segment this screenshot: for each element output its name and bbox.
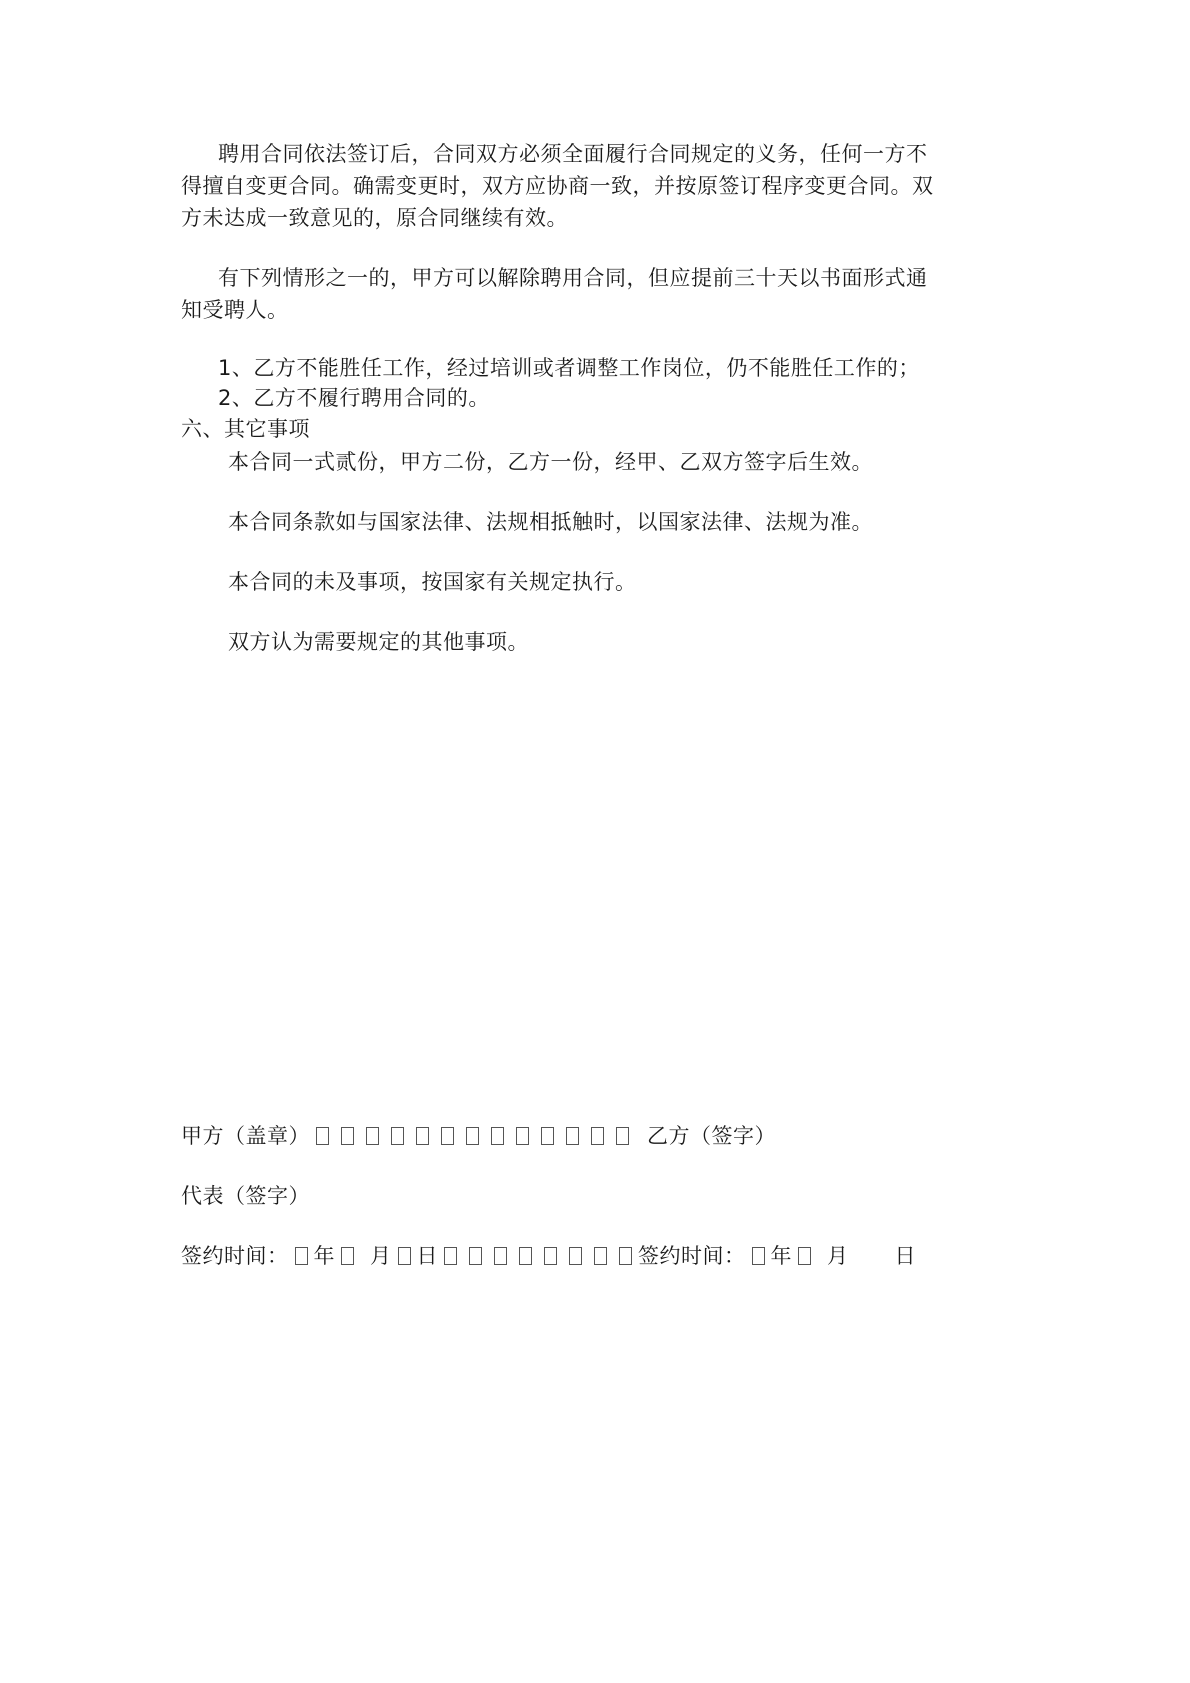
placeholder-box — [594, 1247, 607, 1265]
party-b-label: 乙方（签字） — [647, 1124, 776, 1148]
paragraph-1-line-2: 得擅自变更合同。确需变更时，双方应协商一致，并按原签订程序变更合同。双 — [181, 170, 934, 202]
sign-date-label-a: 签约时间： — [181, 1244, 289, 1268]
year-a: 年 — [314, 1244, 336, 1268]
placeholder-box — [516, 1127, 529, 1145]
placeholder-box — [619, 1247, 632, 1265]
document-page: 聘用合同依法签订后，合同双方必须全面履行合同规定的义务，任何一方不 得擅自变更合… — [0, 0, 1190, 1683]
section-heading: 六、其它事项 — [181, 413, 310, 445]
sign-date-label-b: 签约时间： — [638, 1244, 746, 1268]
month-a: 月 — [370, 1244, 392, 1268]
party-a-label: 甲方（盖章） — [181, 1124, 310, 1148]
placeholder-box — [416, 1127, 429, 1145]
day-b: 日 — [895, 1244, 917, 1268]
section-item-2: 本合同条款如与国家法律、法规相抵触时，以国家法律、法规为准。 — [228, 506, 873, 538]
placeholder-box — [541, 1127, 554, 1145]
paragraph-2-line-1: 有下列情形之一的，甲方可以解除聘用合同，但应提前三十天以书面形式通 — [218, 262, 928, 294]
month-b: 月 — [827, 1244, 849, 1268]
list-item-1: 1、乙方不能胜任工作，经过培训或者调整工作岗位，仍不能胜任工作的； — [218, 352, 920, 384]
placeholder-box — [519, 1247, 532, 1265]
placeholder-box — [295, 1247, 308, 1265]
list-item-2: 2、乙方不履行聘用合同的。 — [218, 382, 490, 414]
sign-date-line: 签约时间：年月日签约时间：年月日 — [181, 1240, 916, 1272]
placeholder-box — [466, 1127, 479, 1145]
placeholder-box — [341, 1247, 354, 1265]
day-a: 日 — [417, 1244, 439, 1268]
placeholder-box — [566, 1127, 579, 1145]
paragraph-2-line-2: 知受聘人。 — [181, 294, 289, 326]
placeholder-box — [398, 1247, 411, 1265]
placeholder-box — [616, 1127, 629, 1145]
placeholder-box — [441, 1127, 454, 1145]
placeholder-box — [494, 1247, 507, 1265]
placeholder-box — [569, 1247, 582, 1265]
signature-party-line: 甲方（盖章）乙方（签字） — [181, 1120, 776, 1152]
section-item-4: 双方认为需要规定的其他事项。 — [228, 626, 529, 658]
placeholder-box — [544, 1247, 557, 1265]
year-b: 年 — [771, 1244, 793, 1268]
placeholder-box — [469, 1247, 482, 1265]
paragraph-1-line-1: 聘用合同依法签订后，合同双方必须全面履行合同规定的义务，任何一方不 — [218, 138, 928, 170]
representative-line: 代表（签字） — [181, 1180, 310, 1212]
paragraph-1-line-3: 方未达成一致意见的，原合同继续有效。 — [181, 202, 568, 234]
placeholder-box — [752, 1247, 765, 1265]
placeholder-box — [366, 1127, 379, 1145]
placeholder-box — [491, 1127, 504, 1145]
placeholder-box — [316, 1127, 329, 1145]
placeholder-box — [341, 1127, 354, 1145]
placeholder-box — [798, 1247, 811, 1265]
section-item-3: 本合同的未及事项，按国家有关规定执行。 — [228, 566, 637, 598]
section-item-1: 本合同一式贰份，甲方二份，乙方一份，经甲、乙双方签字后生效。 — [228, 446, 873, 478]
placeholder-box — [591, 1127, 604, 1145]
placeholder-box — [391, 1127, 404, 1145]
placeholder-box — [444, 1247, 457, 1265]
